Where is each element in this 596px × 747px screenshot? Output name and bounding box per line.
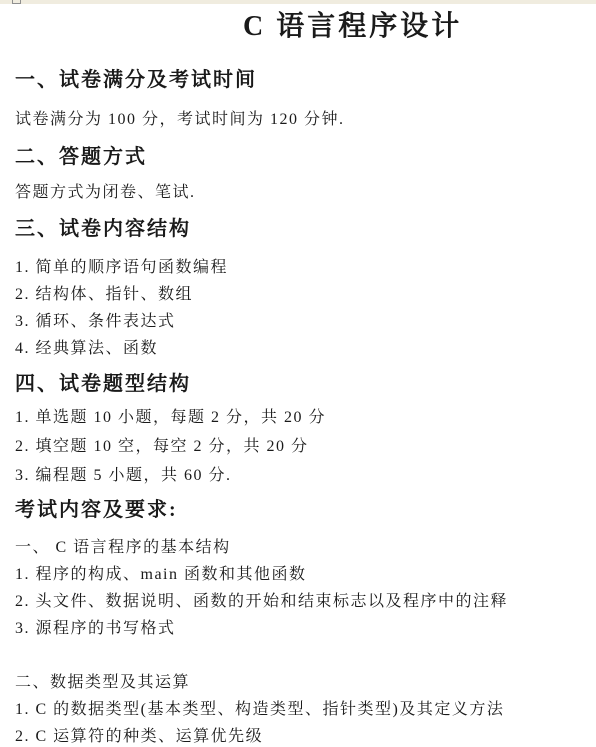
section-heading-answer-mode: 二、答题方式 (15, 145, 581, 169)
blank-line (15, 646, 581, 666)
list-item: 4. 经典算法、函数 (15, 339, 581, 359)
section-heading-question-types: 四、试卷题型结构 (15, 372, 581, 396)
list-item: 2. C 运算符的种类、运算优先级 (15, 727, 581, 747)
list-item: 1. 单选题 10 小题，每题 2 分，共 20 分 (15, 408, 581, 428)
section-heading-exam-score-time: 一、试卷满分及考试时间 (15, 68, 581, 92)
document-page: C 语言程序设计 一、试卷满分及考试时间 试卷满分为 100 分，考试时间为 1… (0, 12, 596, 747)
list-item: 2. 填空题 10 空，每空 2 分，共 20 分 (15, 437, 581, 457)
list-item: 1. 程序的构成、main 函数和其他函数 (15, 565, 581, 585)
list-item: 3. 源程序的书写格式 (15, 619, 581, 639)
list-item: 2. 结构体、指针、数组 (15, 285, 581, 305)
body-line: 二、数据类型及其运算 (15, 673, 581, 693)
list-item: 3. 编程题 5 小题，共 60 分. (15, 466, 581, 486)
list-item: 1. C 的数据类型(基本类型、构造类型、指针类型)及其定义方法 (15, 700, 581, 720)
page-title: C 语言程序设计 (243, 12, 581, 42)
list-item: 1. 简单的顺序语句函数编程 (15, 258, 581, 278)
body-line: 答题方式为闭卷、笔试. (15, 183, 581, 203)
body-line: 一、 C 语言程序的基本结构 (15, 538, 581, 558)
clipped-square-icon (12, 0, 21, 4)
window-top-strip (0, 0, 596, 4)
list-item: 2. 头文件、数据说明、函数的开始和结束标志以及程序中的注释 (15, 592, 581, 612)
section-heading-exam-requirements: 考试内容及要求: (15, 498, 581, 522)
body-line: 试卷满分为 100 分，考试时间为 120 分钟. (15, 110, 581, 130)
section-heading-content-structure: 三、试卷内容结构 (15, 217, 581, 241)
list-item: 3. 循环、条件表达式 (15, 312, 581, 332)
